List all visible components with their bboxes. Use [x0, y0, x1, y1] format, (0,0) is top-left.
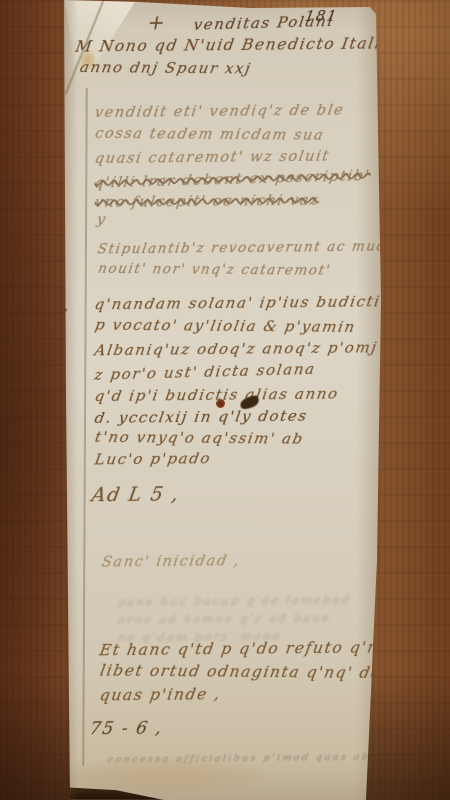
handwritten-line: nouit' nor' vnq'z cataremot'	[97, 261, 333, 279]
folio-number: 181	[304, 9, 339, 25]
wax-dot	[216, 399, 225, 408]
handwritten-line: t'no vnyq'o aq'ssim' ab	[93, 428, 305, 448]
handwritten-line: z por'o ust' dicta solana	[93, 360, 317, 384]
handwritten-line: d. yccclxij in q'ly dotes	[93, 407, 309, 427]
handwritten-line: Sanc' inicidad ,	[101, 553, 242, 570]
handwritten-line: q'nandam solana' ip'ius budicti	[93, 293, 382, 314]
handwritten-line: Ad L 5 ,	[90, 484, 181, 507]
handwritten-line: Luc'o p'pado	[93, 449, 212, 468]
bleedthrough-text: pane hoc bacup q'de lamebad	[117, 593, 353, 609]
handwritten-line: cossa teadem micdam sua	[94, 126, 326, 144]
handwritten-line: libet ortud odnaginta q'nq' dd	[99, 662, 385, 682]
handwritten-line: p vocato' ay'liolia & p'yamin	[94, 316, 358, 336]
handwritten-line: Et hanc q'td p q'do refuto q'ro	[98, 638, 389, 659]
handwritten-line-struck: vno fulcepit' oe nichi vaz	[93, 193, 320, 211]
flourish-mark: y	[96, 212, 108, 228]
pencil-note: concessa officialibus p'imod quas ab ip'	[107, 752, 396, 766]
handwritten-line: quas p'inde ,	[98, 685, 222, 704]
handwritten-line: 75 - 6 ,	[88, 719, 164, 740]
handwritten-line: anno dnj Spaur xxj	[78, 58, 253, 77]
handwritten-line: quasi cataremot' wz soluit	[93, 149, 331, 167]
cross-mark: +	[146, 10, 168, 34]
handwritten-line: Albaniq'uz odoq'z anoq'z p'omj	[93, 339, 379, 360]
manuscript-photo: + venditas Polani 181 M Nono qd N'uid Be…	[0, 0, 450, 800]
vertical-crease	[82, 88, 87, 766]
handwritten-line-struck: q'illi lrar debent ex psscriptib'	[93, 168, 371, 192]
bleedthrough-text: orne ad hamne q'z ad baue	[117, 611, 332, 627]
handwritten-line: vendidit eti' vendiq'z de ble	[93, 103, 345, 122]
